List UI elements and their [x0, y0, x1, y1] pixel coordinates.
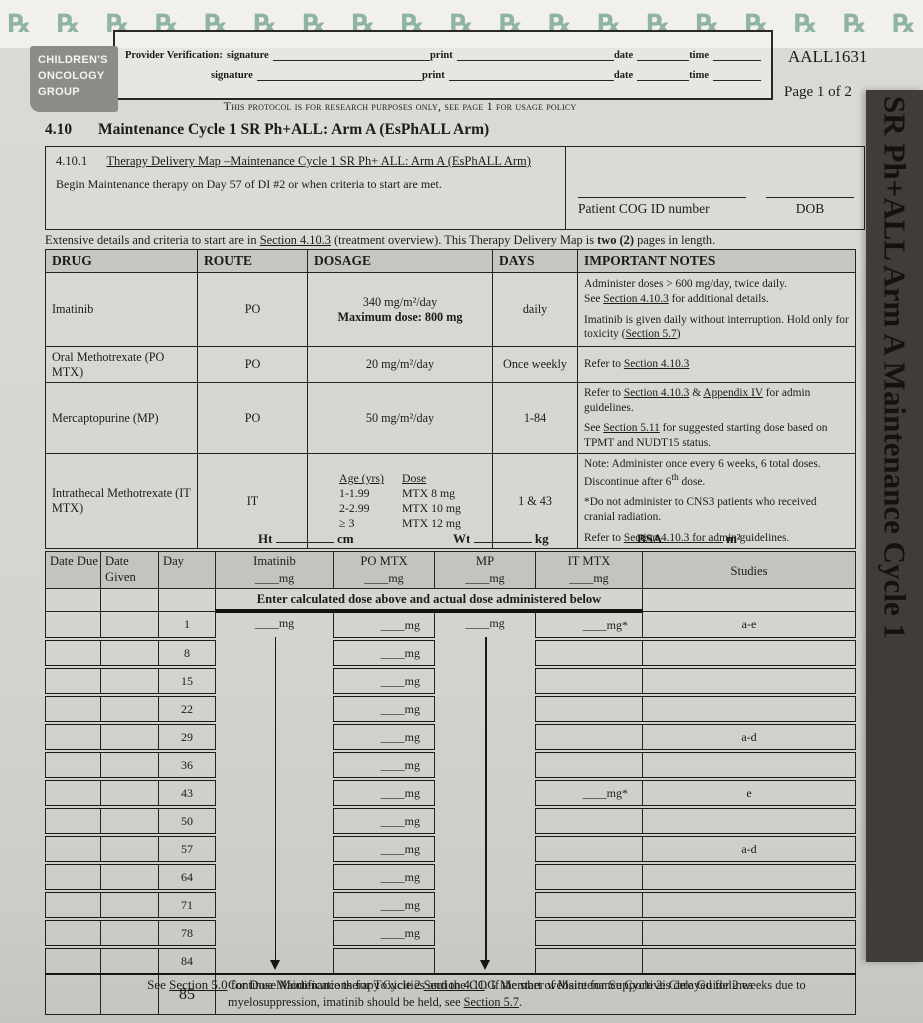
time-label: time — [689, 70, 709, 81]
protocol-id: AALL1631 — [788, 47, 867, 67]
drug-row-po-mtx: Oral Methotrexate (PO MTX) PO 20 mg/m²/d… — [46, 347, 856, 383]
footer-note: See Section 5.0 for Dose Modifications f… — [45, 977, 855, 993]
po-mtx-dose-cell — [334, 947, 435, 974]
provider-verification-row-1: Provider Verification: signature print d… — [125, 50, 761, 61]
date-given-cell — [101, 667, 159, 695]
date-due-cell — [46, 835, 101, 863]
drug-name: Oral Methotrexate (PO MTX) — [46, 347, 198, 383]
rx-symbol: ℞ — [8, 9, 30, 38]
logo-line: ONCOLOGY — [38, 69, 118, 85]
dose-value: MTX 8 mg — [393, 486, 470, 501]
date-given-cell — [101, 639, 159, 667]
age-header: Age (yrs) — [330, 471, 393, 486]
it-mtx-dose-cell — [536, 723, 643, 751]
date-due-cell — [46, 779, 101, 807]
it-mtx-dose-cell — [536, 947, 643, 974]
po-mtx-dose-cell: ____mg — [334, 807, 435, 835]
drug-table: DRUG ROUTE DOSAGE DAYS IMPORTANT NOTES I… — [45, 249, 856, 549]
tdm-title: Therapy Delivery Map –Maintenance Cycle … — [106, 154, 531, 169]
imatinib-arrow-icon — [270, 960, 280, 970]
it-mtx-dose-cell — [536, 695, 643, 723]
empty-cell — [643, 589, 856, 612]
weight-label: Wt — [453, 531, 470, 546]
bsa-unit: m² — [726, 531, 741, 546]
age-dose-header: Age (yrs) Dose — [330, 471, 470, 486]
height-blank-line — [276, 531, 334, 543]
mp-header-label: MP — [476, 554, 494, 568]
date-due-cell — [46, 919, 101, 947]
imatinib-mg-blank: ____mg — [216, 616, 333, 631]
po-mtx-dose-cell: ____mg — [334, 751, 435, 779]
col-header-day: Day — [159, 552, 216, 589]
side-tab-band: SR Ph+ALL Arm A Maintenance Cycle 1 — [866, 90, 923, 962]
signature-blank-line — [257, 70, 422, 81]
col-header-days: DAYS — [493, 250, 578, 273]
col-header-important-notes: IMPORTANT NOTES — [578, 250, 856, 273]
it-mtx-dose-cell — [536, 807, 643, 835]
day-number: 78 — [159, 919, 216, 947]
it-mtx-dose-cell — [536, 891, 643, 919]
signature-label: signature — [227, 50, 269, 61]
drug-route: PO — [198, 273, 308, 347]
day-number: 64 — [159, 863, 216, 891]
print-blank-line — [449, 70, 614, 81]
date-given-cell — [101, 779, 159, 807]
day-number: 71 — [159, 891, 216, 919]
date-due-cell — [46, 611, 101, 639]
studies-cell — [643, 947, 856, 974]
print-label: print — [422, 70, 445, 81]
po-mtx-dose-cell: ____mg — [334, 863, 435, 891]
it-mtx-dose-cell — [536, 751, 643, 779]
empty-cell — [46, 589, 101, 612]
col-header-date-due: Date Due — [46, 552, 101, 589]
tdm-begin-text: Begin Maintenance therapy on Day 57 of D… — [56, 177, 557, 192]
day-number: 84 — [159, 947, 216, 974]
day-number: 8 — [159, 639, 216, 667]
col-header-dosage: DOSAGE — [308, 250, 493, 273]
drug-route: PO — [198, 383, 308, 454]
it-mtx-dose-cell: ____mg* — [536, 611, 643, 639]
date-blank-line — [637, 50, 689, 61]
weight-unit: kg — [535, 531, 549, 546]
date-given-cell — [101, 807, 159, 835]
document-page: ℞℞℞℞℞℞℞℞℞℞℞℞℞℞℞℞℞℞℞ Provider Verificatio… — [0, 0, 923, 1023]
col-header-drug: DRUG — [46, 250, 198, 273]
col-header-route: ROUTE — [198, 250, 308, 273]
po-mtx-dose-cell: ____mg — [334, 723, 435, 751]
provider-verification-row-2: signature print date time — [125, 70, 761, 81]
bsa-field: BSA m² — [637, 531, 741, 547]
mp-mg-blank: ____mg — [435, 616, 535, 631]
po-mtx-dose-cell: ____mg — [334, 779, 435, 807]
time-label: time — [689, 50, 709, 61]
date-given-cell — [101, 723, 159, 751]
rx-symbol: ℞ — [843, 9, 865, 38]
date-due-cell — [46, 695, 101, 723]
it-mtx-dose-cell — [536, 667, 643, 695]
date-given-cell — [101, 919, 159, 947]
date-given-cell — [101, 611, 159, 639]
side-tab-label: SR Ph+ALL Arm A Maintenance Cycle 1 — [866, 90, 923, 962]
it-mtx-dose-cell — [536, 639, 643, 667]
date-given-cell — [101, 835, 159, 863]
studies-cell: a-e — [643, 611, 856, 639]
date-blank-line — [637, 70, 689, 81]
col-header-date-given: Date Given — [101, 552, 159, 589]
studies-cell — [643, 891, 856, 919]
age-dose-row: 1-1.99 MTX 8 mg — [330, 486, 470, 501]
studies-cell: e — [643, 779, 856, 807]
rx-symbol: ℞ — [893, 9, 915, 38]
date-due-cell — [46, 667, 101, 695]
day-number: 1 — [159, 611, 216, 639]
tdm-right-cell: Patient COG ID number DOB — [565, 147, 864, 229]
drug-notes: Refer to Section 4.10.3 & Appendix IV fo… — [578, 383, 856, 454]
date-given-cell — [101, 947, 159, 974]
tdm-section-number: 4.10.1 — [56, 154, 87, 169]
day-number: 43 — [159, 779, 216, 807]
po-mtx-dose-cell: ____mg — [334, 639, 435, 667]
time-blank-line — [713, 70, 761, 81]
date-given-cell — [101, 891, 159, 919]
section-title-text: Maintenance Cycle 1 SR Ph+ALL: Arm A (Es… — [98, 121, 489, 138]
drug-dosage: 20 mg/m²/day — [308, 347, 493, 383]
dose-value: MTX 12 mg — [393, 516, 470, 531]
signature-label: signature — [211, 70, 253, 81]
po-mtx-dose-cell: ____mg — [334, 835, 435, 863]
drug-days: 1-84 — [493, 383, 578, 454]
schedule-day-row: 1____mg____mg____mg____mg*a-e — [46, 611, 856, 639]
it-mtx-header-label: IT MTX — [568, 554, 611, 568]
dob-field: DOB — [766, 197, 854, 217]
date-given-cell — [101, 751, 159, 779]
date-due-cell — [46, 723, 101, 751]
empty-cell — [159, 589, 216, 612]
dose-header: Dose — [393, 471, 470, 486]
age-value: ≥ 3 — [330, 516, 393, 531]
imatinib-header-mg-blank: ____mg — [216, 571, 333, 586]
rx-symbol: ℞ — [57, 9, 79, 38]
bsa-blank-line — [665, 531, 723, 543]
drug-table-header-row: DRUG ROUTE DOSAGE DAYS IMPORTANT NOTES — [46, 250, 856, 273]
height-unit: cm — [337, 531, 354, 546]
po-mtx-dose-cell: ____mg — [334, 891, 435, 919]
age-value: 2-2.99 — [330, 501, 393, 516]
rx-symbol: ℞ — [794, 9, 816, 38]
date-label: date — [614, 70, 633, 81]
dosage-max-line: Maximum dose: 800 mg — [312, 310, 488, 325]
dosage-line: 340 mg/m²/day — [312, 295, 488, 310]
tdm-left-cell: 4.10.1 Therapy Delivery Map –Maintenance… — [46, 147, 565, 229]
dose-entry-banner: Enter calculated dose above and actual d… — [216, 589, 643, 612]
po-mtx-header-mg-blank: ____mg — [334, 571, 434, 586]
research-use-notice: This protocol is for research purposes o… — [120, 99, 680, 114]
col-header-mp: MP ____mg — [435, 552, 536, 589]
therapy-delivery-map-box: 4.10.1 Therapy Delivery Map –Maintenance… — [45, 146, 865, 230]
date-given-cell — [101, 695, 159, 723]
col-header-studies: Studies — [643, 552, 856, 589]
drug-route: PO — [198, 347, 308, 383]
height-field: Ht cm — [258, 531, 354, 547]
date-due-cell — [46, 947, 101, 974]
imatinib-continuous-cell: ____mg — [216, 611, 334, 974]
date-label: date — [614, 50, 633, 61]
col-header-it-mtx: IT MTX ____mg — [536, 552, 643, 589]
page-number: Page 1 of 2 — [784, 84, 852, 101]
studies-cell: a-d — [643, 835, 856, 863]
logo-line: GROUP — [38, 85, 118, 101]
studies-cell — [643, 695, 856, 723]
studies-cell — [643, 863, 856, 891]
mp-header-mg-blank: ____mg — [435, 571, 535, 586]
patient-cog-id-field: Patient COG ID number — [578, 197, 746, 217]
it-mtx-dose-cell — [536, 919, 643, 947]
signature-blank-line — [273, 50, 430, 61]
po-mtx-dose-cell: ____mg — [334, 919, 435, 947]
day-number: 29 — [159, 723, 216, 751]
time-blank-line — [713, 50, 761, 61]
day-number: 36 — [159, 751, 216, 779]
it-mtx-header-mg-blank: ____mg — [536, 571, 642, 586]
provider-verification-title: Provider Verification: — [125, 50, 223, 61]
drug-name: Intrathecal Methotrexate (IT MTX) — [46, 454, 198, 549]
age-dose-table: Age (yrs) Dose 1-1.99 MTX 8 mg 2-2.99 MT… — [330, 471, 470, 531]
col-header-imatinib: Imatinib ____mg — [216, 552, 334, 589]
drug-dosage: 340 mg/m²/day Maximum dose: 800 mg — [308, 273, 493, 347]
date-due-cell — [46, 639, 101, 667]
drug-name: Mercaptopurine (MP) — [46, 383, 198, 454]
studies-cell: a-d — [643, 723, 856, 751]
logo-line: CHILDREN'S — [38, 53, 118, 69]
date-due-cell — [46, 807, 101, 835]
section-number: 4.10 — [45, 121, 72, 138]
schedule-table: Date Due Date Given Day Imatinib ____mg … — [45, 551, 856, 1015]
provider-verification-box: Provider Verification: signature print d… — [113, 30, 773, 100]
dose-value: MTX 10 mg — [393, 501, 470, 516]
extensive-details-line: Extensive details and criteria to start … — [45, 233, 867, 248]
drug-notes: Administer doses > 600 mg/day, twice dai… — [578, 273, 856, 347]
po-mtx-dose-cell: ____mg — [334, 667, 435, 695]
po-mtx-header-label: PO MTX — [360, 554, 407, 568]
date-due-cell — [46, 751, 101, 779]
print-label: print — [430, 50, 453, 61]
drug-notes: Refer to Section 4.10.3 — [578, 347, 856, 383]
schedule-header-row: Date Due Date Given Day Imatinib ____mg … — [46, 552, 856, 589]
age-dose-row: ≥ 3 MTX 12 mg — [330, 516, 470, 531]
it-mtx-dose-cell — [536, 863, 643, 891]
col-header-po-mtx: PO MTX ____mg — [334, 552, 435, 589]
it-mtx-dose-cell — [536, 835, 643, 863]
drug-days: daily — [493, 273, 578, 347]
studies-cell — [643, 919, 856, 947]
mp-arrow-icon — [480, 960, 490, 970]
it-mtx-dose-cell: ____mg* — [536, 779, 643, 807]
day-number: 50 — [159, 807, 216, 835]
po-mtx-dose-cell: ____mg — [334, 695, 435, 723]
age-value: 1-1.99 — [330, 486, 393, 501]
studies-cell — [643, 639, 856, 667]
imatinib-header-label: Imatinib — [253, 554, 296, 568]
drug-row-imatinib: Imatinib PO 340 mg/m²/day Maximum dose: … — [46, 273, 856, 347]
drug-row-mercaptopurine: Mercaptopurine (MP) PO 50 mg/m²/day 1-84… — [46, 383, 856, 454]
day-number: 15 — [159, 667, 216, 695]
height-label: Ht — [258, 531, 272, 546]
weight-field: Wt kg — [453, 531, 549, 547]
print-blank-line — [457, 50, 614, 61]
date-due-cell — [46, 891, 101, 919]
age-dose-row: 2-2.99 MTX 10 mg — [330, 501, 470, 516]
weight-blank-line — [474, 531, 532, 543]
drug-days: Once weekly — [493, 347, 578, 383]
studies-cell — [643, 807, 856, 835]
imatinib-duration-line — [275, 637, 277, 960]
studies-cell — [643, 667, 856, 695]
po-mtx-dose-cell: ____mg — [334, 611, 435, 639]
drug-dosage: 50 mg/m²/day — [308, 383, 493, 454]
empty-cell — [101, 589, 159, 612]
drug-name: Imatinib — [46, 273, 198, 347]
bsa-label: BSA — [637, 531, 662, 546]
mp-duration-line — [485, 637, 487, 960]
mp-continuous-cell: ____mg — [435, 611, 536, 974]
banner-row: Enter calculated dose above and actual d… — [46, 589, 856, 612]
date-given-cell — [101, 863, 159, 891]
day-number: 22 — [159, 695, 216, 723]
section-title: 4.10 Maintenance Cycle 1 SR Ph+ALL: Arm … — [45, 121, 489, 139]
studies-cell — [643, 751, 856, 779]
day-number: 57 — [159, 835, 216, 863]
children-oncology-group-logo: CHILDREN'S ONCOLOGY GROUP — [30, 46, 118, 112]
date-due-cell — [46, 863, 101, 891]
